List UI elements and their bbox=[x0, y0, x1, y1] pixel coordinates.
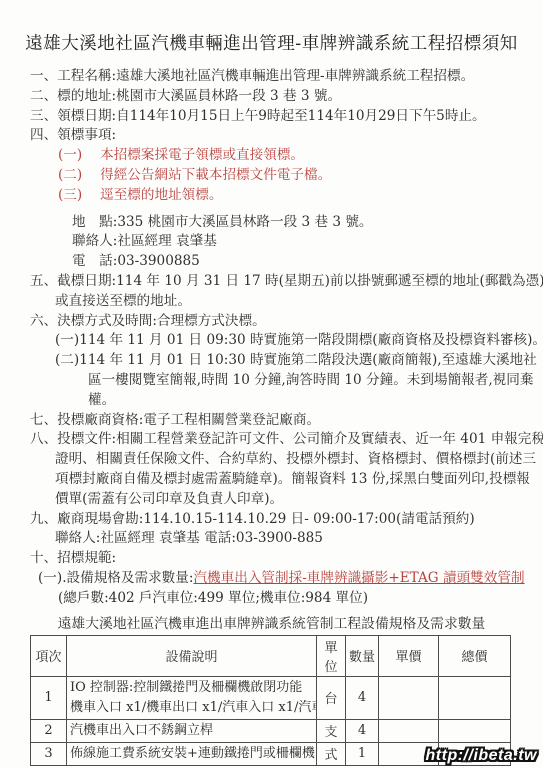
cell-description: IO 控制器:控制鐵捲門及柵欄機啟閉功能機車入口 x1/機車出口 x1/汽車入口… bbox=[67, 676, 317, 719]
cell-total-price bbox=[439, 676, 511, 719]
doc-line: 聯絡人:社區經理 袁肇基 bbox=[72, 232, 543, 252]
table-caption: 遠雄大溪地社區汽機車進出車牌辨識系統管制工程設備規格及需求數量 bbox=[0, 612, 543, 632]
cell-description: 汽機車出入口不銹鋼立桿 bbox=[67, 719, 317, 742]
cell-quantity: 4 bbox=[346, 719, 379, 742]
doc-line: 地 點:335 桃園市大溪區員林路一段 3 巷 3 號。 bbox=[72, 213, 543, 233]
table-header-cell: 總價 bbox=[439, 635, 511, 676]
table-header-cell: 單位 bbox=[317, 635, 346, 676]
doc-line: (一).設備規格及需求數量:汽機車出入管制採-車牌辨識攝影+ETAG 讀頭雙效管… bbox=[38, 569, 543, 589]
doc-line: 三、領標日期:自114年10月15日上午9時起至114年10月29日下午5時止。 bbox=[30, 107, 543, 127]
cell-unit: 式 bbox=[317, 742, 346, 765]
table-header-row: 項次設備說明單位數量單價總價 bbox=[31, 635, 511, 676]
cell-total-price bbox=[439, 719, 511, 742]
table-header-cell: 數量 bbox=[346, 635, 379, 676]
doc-line: 聯絡人:社區經理 袁肇基 電話:03-3900-885 bbox=[55, 529, 543, 549]
doc-line: 項標封廠商自備及標封處需蓋騎縫章)。簡報資料 13 份,採黑白雙面列印,投標報 bbox=[55, 470, 543, 490]
doc-line: (一) 本招標案採電子領標或直接領標。 bbox=[58, 146, 543, 166]
doc-line: 區一樓閱覽室簡報,時間 10 分鐘,詢答時間 10 分鐘。未到場簡報者,視同棄 bbox=[88, 371, 543, 391]
document-lines: 一、工程名稱:遠雄大溪地社區汽機車輛進出管理-車牌辨識系統工程招標。二、標的地址… bbox=[0, 67, 543, 609]
cell-item-no: 2 bbox=[31, 719, 67, 742]
description-line: 機車入口 x1/機車出口 x1/汽車入口 x1/汽車出口 x1 bbox=[70, 698, 313, 718]
doc-line: 五、截標日期:114 年 10 月 31 日 17 時(星期五)前以掛號郵遞至標… bbox=[30, 272, 543, 292]
table-header-cell: 單價 bbox=[379, 635, 439, 676]
doc-line: (一)114 年 11 月 01 日 09:30 時實施第一階段開標(廠商資格及… bbox=[55, 331, 543, 351]
doc-line: 七、投標廠商資格:電子工程相關營業登記廠商。 bbox=[30, 411, 543, 431]
cell-item-no: 3 bbox=[31, 742, 67, 765]
description-line: IO 控制器:控制鐵捲門及柵欄機啟閉功能 bbox=[70, 678, 313, 698]
doc-line: 九、廠商現場會勘:114.10.15-114.10.29 日- 09:00-17… bbox=[30, 510, 543, 530]
doc-line: 六、決標方式及時間:合理標方式決標。 bbox=[30, 312, 543, 332]
description-line: 汽機車出入口不銹鋼立桿 bbox=[70, 721, 313, 741]
watermark: http://ibeta.tw bbox=[426, 747, 537, 765]
doc-line: 十、招標規範: bbox=[30, 549, 543, 569]
doc-line: 一、工程名稱:遠雄大溪地社區汽機車輛進出管理-車牌辨識系統工程招標。 bbox=[30, 67, 543, 87]
doc-line: 證明、相關責任保險文件、合約草約、投標外標封、資格標封、價格標封(前述三 bbox=[55, 450, 543, 470]
doc-line: 四、領標事項: bbox=[30, 126, 543, 146]
table-header-cell: 項次 bbox=[31, 635, 67, 676]
doc-line: 二、標的地址:桃園市大溪區員林路一段 3 巷 3 號。 bbox=[30, 87, 543, 107]
spec-label: (一).設備規格及需求數量: bbox=[38, 570, 193, 586]
doc-line: 電 話:03-3900885 bbox=[72, 252, 543, 272]
doc-line: (二)114 年 11 月 01 日 10:30 時實施第二階段決選(廠商簡報)… bbox=[55, 351, 543, 371]
cell-item-no: 1 bbox=[31, 676, 67, 719]
description-line: 佈線施工費系統安裝+連動鐵捲門或柵欄機開啟+連 bbox=[70, 744, 313, 764]
doc-line: (總戶數:402 戶汽車位:499 單位;機車位:984 單位) bbox=[58, 589, 543, 609]
doc-line: 價單(需蓋有公司印章及負責人印章)。 bbox=[55, 490, 543, 510]
table-header-cell: 設備說明 bbox=[67, 635, 317, 676]
doc-line: 或直接送至標的地址。 bbox=[55, 292, 543, 312]
cell-quantity: 4 bbox=[346, 676, 379, 719]
spec-highlight: 汽機車出入管制採-車牌辨識攝影+ETAG 讀頭雙效管制 bbox=[193, 570, 524, 586]
table-row: 1IO 控制器:控制鐵捲門及柵欄機啟閉功能機車入口 x1/機車出口 x1/汽車入… bbox=[31, 676, 511, 719]
document-title: 遠雄大溪地社區汽機車輛進出管理-車牌辨識系統工程招標須知 bbox=[10, 30, 533, 55]
doc-line: 八、投標文件:相關工程營業登記許可文件、公司簡介及實績表、近一年 401 申報完… bbox=[30, 430, 543, 450]
doc-line: (二) 得經公告網站下載本招標文件電子檔。 bbox=[58, 166, 543, 186]
equipment-spec-table: 項次設備說明單位數量單價總價 1IO 控制器:控制鐵捲門及柵欄機啟閉功能機車入口… bbox=[30, 635, 511, 766]
doc-line: (三) 逕至標的地址領標。 bbox=[58, 186, 543, 206]
doc-line: 權。 bbox=[88, 391, 543, 411]
cell-unit-price bbox=[379, 719, 439, 742]
table-row: 2汽機車出入口不銹鋼立桿支4 bbox=[31, 719, 511, 742]
cell-unit-price bbox=[379, 676, 439, 719]
cell-unit: 支 bbox=[317, 719, 346, 742]
cell-unit: 台 bbox=[317, 676, 346, 719]
cell-description: 佈線施工費系統安裝+連動鐵捲門或柵欄機開啟+連 bbox=[67, 742, 317, 765]
scanned-document-page: 遠雄大溪地社區汽機車輛進出管理-車牌辨識系統工程招標須知 一、工程名稱:遠雄大溪… bbox=[0, 0, 543, 768]
cell-quantity: 1 bbox=[346, 742, 379, 765]
